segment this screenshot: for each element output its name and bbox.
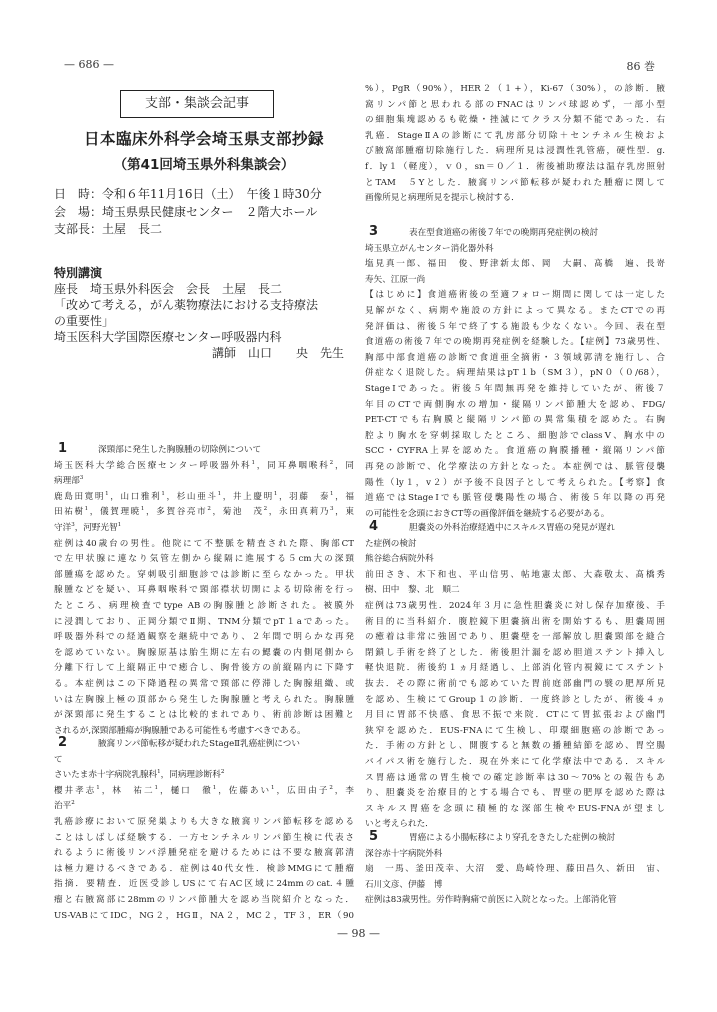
text-line: 櫻井孝志1，林 祐二1，樋口 徹1，佐藤あい1，広田由子2，李 bbox=[54, 784, 354, 800]
text-line: 症例は40歳台の男性。他院にて不整脈を精査された際、胸部CT bbox=[54, 537, 354, 553]
text-line: 乳癌診療において原発巣よりも大きな腋窩リンパ節転移を認める bbox=[54, 815, 354, 831]
special-lecture-moderator: 座長 埼玉県外科医会 会長 土屋 長二 bbox=[54, 281, 344, 297]
text-line: の細胞集塊認めるも乾燥・挫滅にてクラス分類不能であった．右 bbox=[365, 113, 665, 129]
text-line: を認めていない。胸腺原基は胎生期に左右の鰓嚢の内側尾側から bbox=[54, 646, 354, 662]
text-line: 瘤と右腋窩部に28mmのリンパ節腫大を認め当院紹介となった． bbox=[54, 893, 354, 909]
special-lecture-speaker: 講師 山口 央 先生 bbox=[54, 345, 344, 361]
abstract-number: 4 bbox=[365, 519, 409, 535]
text-line: る。本症例はこの下降過程の異常で頸部に停滞した胸腺組織、或 bbox=[54, 677, 354, 693]
abstract-body: 埼玉県立がんセンター消化器外科塩見真一郎、福田 俊、野津新太郎、岡 大嗣、髙橋 … bbox=[365, 242, 665, 523]
text-line: れるように術後リンパ浮腫発症を避けるためには不要な腋窩郭清 bbox=[54, 846, 354, 862]
abstract-number: 2 bbox=[54, 735, 98, 751]
text-line: 発評価は、術後５年で終了する施設も少なくない。今回、表在型 bbox=[365, 320, 665, 336]
text-line: 治平2 bbox=[54, 799, 354, 815]
text-line: 道癌ではStageⅠでも脈管侵襲陽性の場合、術後５年以降の再発 bbox=[365, 491, 665, 507]
meeting-venue: 会 場：埼玉県県民健康センター ２階大ホール bbox=[54, 204, 322, 222]
abstract-4: 4 胆嚢炎の外科治療経過中にスキルス胃癌の発見が遅れ た症例の検討熊谷総合病院外… bbox=[365, 519, 665, 833]
abstract-5: 5 胃癌による小腸転移により穿孔をきたした症例の検討 深谷赤十字病院外科扇 一馬… bbox=[365, 829, 665, 909]
abstract-2-continued: %），PgR（90%），HER２（１+），Ki-67（30%），の診断．腋窩リン… bbox=[365, 82, 665, 207]
abstract-number: 5 bbox=[365, 829, 409, 845]
text-line: 術目的に当科紹介．腹腔鏡下胆嚢摘出術を開始するも、胆嚢周囲 bbox=[365, 615, 665, 631]
text-line: 指摘．要精査．近医受診しUSにて右AC区域に24mmのcat.４腫 bbox=[54, 877, 354, 893]
text-line: いは左胸腺上極の頂部から発生した胸腺腫と考えられた。胸腺腫 bbox=[54, 693, 354, 709]
abstract-body: てさいたま赤十字病院乳腺科1，同病理診断科2櫻井孝志1，林 祐二1，樋口 徹1，… bbox=[54, 753, 354, 925]
text-line: た．手術の方針とし、開腹すると無数の播種結節を認め、胃空腸 bbox=[365, 739, 665, 755]
abstract-number: 3 bbox=[365, 224, 409, 240]
text-line: 【はじめに】食道癌術後の至適フォロー期間に関しては一定した bbox=[365, 288, 665, 304]
text-line: 呼吸器外科での経過観察を継続中であり、２年間で明らかな再発 bbox=[54, 630, 354, 646]
text-line: 胸部中部食道癌の診断で食道亜全摘術・３領域郭清を施行し、合 bbox=[365, 351, 665, 367]
text-line: SCC・CYFRA上昇を認めた。食道癌の胸膜播種・縦隔リンパ節 bbox=[365, 444, 665, 460]
text-line: ことはしばしば経験する．一方センチネルリンパ節生検に代表さ bbox=[54, 831, 354, 847]
text-line: US-VABにてIDC，NG２，HGⅡ，NA２，MC２，TF３，ER（90 bbox=[54, 909, 354, 925]
special-lecture: 特別講演 座長 埼玉県外科医会 会長 土屋 長二 「改めて考える，がん薬物療法に… bbox=[54, 265, 344, 361]
text-line: 部腫瘍を認めた。穿刺吸引細胞診では診断に至らなかった。甲状 bbox=[54, 568, 354, 584]
text-line: %），PgR（90%），HER２（１+），Ki-67（30%），の診断．腋 bbox=[365, 82, 665, 98]
text-line: で左甲状腺に連なり気管左側から縦隔に進展する５cm大の深頸 bbox=[54, 552, 354, 568]
abstract-title: 深頸部に発生した胸腺腫の切除例について bbox=[98, 443, 261, 459]
text-line: 前田さき、木下和也、平山信男、帖地憲太郎、大森敬太、髙橋秀 bbox=[365, 568, 665, 584]
special-lecture-title-line2: の重要性」 bbox=[54, 313, 344, 329]
text-line: 乳癌．StageⅡAの診断にて乳房部分切除＋センチネル生検およ bbox=[365, 129, 665, 145]
text-line: て bbox=[54, 753, 354, 769]
text-line: バイパス術を施行した．現在外来にて化学療法中である．スキル bbox=[365, 755, 665, 771]
text-line: た症例の検討 bbox=[365, 537, 665, 553]
abstract-title: 表在型食道癌の術後７年での晩期再発症例の検討 bbox=[409, 226, 598, 242]
text-line: 腔より胸水を穿刺採取したところ、細胞診でclassⅤ、胸水中の bbox=[365, 429, 665, 445]
text-line: 画像所見と病理所見を提示し検討する． bbox=[365, 191, 665, 207]
text-line: 軽快退院．術後約１ヵ月経過し、上部消化管内視鏡にてステント bbox=[365, 661, 665, 677]
text-line: 田祐樹1，儀賀理暁1，多賀谷亮市2，菊池 茂2，永田真莉乃3，東 bbox=[54, 505, 354, 521]
text-line: は極力避けるべきである．症例は40代女性．検診MMGにて腫瘤 bbox=[54, 862, 354, 878]
text-line: 年目のCTで両側胸水の増加・縦隔リンパ節腫大を認め、FDG/ bbox=[365, 398, 665, 414]
text-line: 腺腫などを疑い、耳鼻咽喉科で頸部襟状切開による切除術を行っ bbox=[54, 583, 354, 599]
text-line: 守洋3，河野光智1 bbox=[54, 521, 354, 537]
text-line: び腋窩部腫瘤切除施行した．病理所見は浸潤性乳管癌，硬性型．g. bbox=[365, 144, 665, 160]
text-line: 塩見真一郎、福田 俊、野津新太郎、岡 大嗣、髙橋 遍、長嵜 bbox=[365, 257, 665, 273]
text-line: 鹿島田寛明1，山口雅利1，杉山亜斗1，井上慶明1，羽藤 泰1，福 bbox=[54, 490, 354, 506]
text-line: スキルス胃癌を念頭に積極的な深部生検やEUS-FNAが望まし bbox=[365, 802, 665, 818]
text-line: 分離下行して上縦隔正中で癒合し、胸骨後方の前縦隔内に下降す bbox=[54, 661, 354, 677]
text-line: の癒着は非常に強固であり、胆嚢壁を一部解放し胆嚢頸部を縫合 bbox=[365, 630, 665, 646]
text-line: たところ、病理検査でtype ABの胸腺腫と診断された。被膜外 bbox=[54, 599, 354, 615]
abstract-title: 腋窩リンパ節転移が疑われたStageⅡ乳癌症例につい bbox=[98, 737, 300, 753]
special-lecture-heading: 特別講演 bbox=[54, 265, 344, 281]
text-line: を認め、生検にてGroup１の診断．一度終診としたが、術後４ヵ bbox=[365, 693, 665, 709]
abstract-body-continued: %），PgR（90%），HER２（１+），Ki-67（30%），の診断．腋窩リン… bbox=[365, 82, 665, 207]
page-title: 日本臨床外科学会埼玉県支部抄録 bbox=[54, 127, 354, 149]
text-line: 窩リンパ節と思われる部のFNACはリンパ球認めず，一部小型 bbox=[365, 98, 665, 114]
abstract-body: た症例の検討熊谷総合病院外科前田さき、木下和也、平山信男、帖地憲太郎、大森敬太、… bbox=[365, 537, 665, 833]
abstract-number: 1 bbox=[54, 441, 98, 457]
abstract-body: 埼玉医科大学総合医療センター呼吸器外科1，同耳鼻咽喉科2，同病理部3鹿島田寛明1… bbox=[54, 459, 354, 740]
page-number-bottom: — 98 — bbox=[0, 927, 717, 940]
text-line: 扇 一馬、釜田茂幸、大沼 愛、島崎怜理、藤田昌久、新田 宙、 bbox=[365, 862, 665, 878]
text-line: 症例は83歳男性。労作時胸痛で前医に入院となった。上部消化管 bbox=[365, 893, 665, 909]
text-line: とTAM ５Yとした．腋窩リンパ節転移が疑われた腫瘤に関して bbox=[365, 176, 665, 192]
abstract-body: 深谷赤十字病院外科扇 一馬、釜田茂幸、大沼 愛、島崎怜理、藤田昌久、新田 宙、石… bbox=[365, 847, 665, 909]
text-line: 抜去．その際に術前でも認めていた胃前庭部幽門の襞の肥厚所見 bbox=[365, 677, 665, 693]
text-line: が深頸部に発生することは比較的まれであり、術前診断は困難と bbox=[54, 708, 354, 724]
text-line: f．ly１（軽度），ｖ０，sn＝０／１．術後補助療法は温存乳房照射 bbox=[365, 160, 665, 176]
text-line: StageⅠであった。術後５年間無再発を維持していたが、術後７ bbox=[365, 382, 665, 398]
special-lecture-title-line1: 「改めて考える，がん薬物療法における支持療法 bbox=[54, 297, 344, 313]
text-line: 埼玉医科大学総合医療センター呼吸器外科1，同耳鼻咽喉科2，同 bbox=[54, 459, 354, 475]
text-line: に浸潤しており、正岡分類でⅡ期、TNM分類でpT１aであった。 bbox=[54, 615, 354, 631]
text-line: 再発の診断で、化学療法の方針となった。本症例では、脈管侵襲 bbox=[365, 460, 665, 476]
abstract-1: 1 深頸部に発生した胸腺腫の切除例について 埼玉医科大学総合医療センター呼吸器外… bbox=[54, 441, 354, 739]
text-line: 樹、田中 黎、北 順二 bbox=[365, 583, 665, 599]
text-line: PET-CTでも右胸膜と縦隔リンパ節の異常集積を認めた。右胸 bbox=[365, 413, 665, 429]
text-line: 見解がなく、病期や施設の方針によって異なる。またCTでの再 bbox=[365, 304, 665, 320]
volume-label: 86 巻 bbox=[627, 58, 656, 74]
abstract-title: 胆嚢炎の外科治療経過中にスキルス胃癌の発見が遅れ bbox=[409, 521, 615, 537]
text-line: 症例は73歳男性．2024年３月に急性胆嚢炎に対し保存加療後、手 bbox=[365, 599, 665, 615]
page-number-left: — 686 — bbox=[64, 58, 114, 71]
abstract-2: 2 腋窩リンパ節転移が疑われたStageⅡ乳癌症例につい てさいたま赤十字病院乳… bbox=[54, 735, 354, 924]
text-line: ス胃癌は通常の胃生検での確定診断率は30～70%との報告もあ bbox=[365, 771, 665, 787]
text-line: 埼玉県立がんセンター消化器外科 bbox=[365, 242, 665, 258]
text-line: 月目に胃部不快感、食思不振で来院．CTにて胃拡張および幽門 bbox=[365, 708, 665, 724]
meeting-date: 日 時：令和６年11月16日（土） 午後１時30分 bbox=[54, 186, 322, 204]
text-line: 深谷赤十字病院外科 bbox=[365, 847, 665, 863]
special-lecture-affiliation: 埼玉医科大学国際医療センター呼吸器内科 bbox=[54, 329, 344, 345]
page-subtitle: （第41回埼玉県外科集談会） bbox=[54, 153, 354, 173]
text-line: さいたま赤十字病院乳腺科1，同病理診断科2 bbox=[54, 768, 354, 784]
text-line: 併症なく退院した。病理結果はpT１b（SM３），pN０（０/68）， bbox=[365, 366, 665, 382]
abstract-title: 胃癌による小腸転移により穿孔をきたした症例の検討 bbox=[409, 831, 615, 847]
meeting-chair: 支部長：土屋 長二 bbox=[54, 221, 322, 239]
text-line: 石川文彦、伊藤 博 bbox=[365, 878, 665, 894]
abstract-3: 3 表在型食道癌の術後７年での晩期再発症例の検討 埼玉県立がんセンター消化器外科… bbox=[365, 224, 665, 522]
text-line: 病理部3 bbox=[54, 474, 354, 490]
text-line: 寿矢、江原一尚 bbox=[365, 273, 665, 289]
text-line: 熊谷総合病院外科 bbox=[365, 552, 665, 568]
text-line: 狭窄を認めた．EUS-FNAにて生検し、印環細胞癌の診断であっ bbox=[365, 724, 665, 740]
meeting-info: 日 時：令和６年11月16日（土） 午後１時30分 会 場：埼玉県県民健康センタ… bbox=[54, 186, 322, 239]
text-line: 閉鎖し手術を終了とした．術後胆汁漏を認め胆道ステント挿入し bbox=[365, 646, 665, 662]
text-line: 陽性（ly１，v２）が予後不良因子として考えられた。【考察】食 bbox=[365, 476, 665, 492]
text-line: り、胆嚢炎を治療目的とする場合でも、胃壁の肥厚を認めた際は bbox=[365, 786, 665, 802]
section-label-box: 支部・集談会記事 bbox=[120, 90, 274, 118]
text-line: 食道癌の術後７年での晩期再発症例を経験した。【症例】73歳男性、 bbox=[365, 335, 665, 351]
